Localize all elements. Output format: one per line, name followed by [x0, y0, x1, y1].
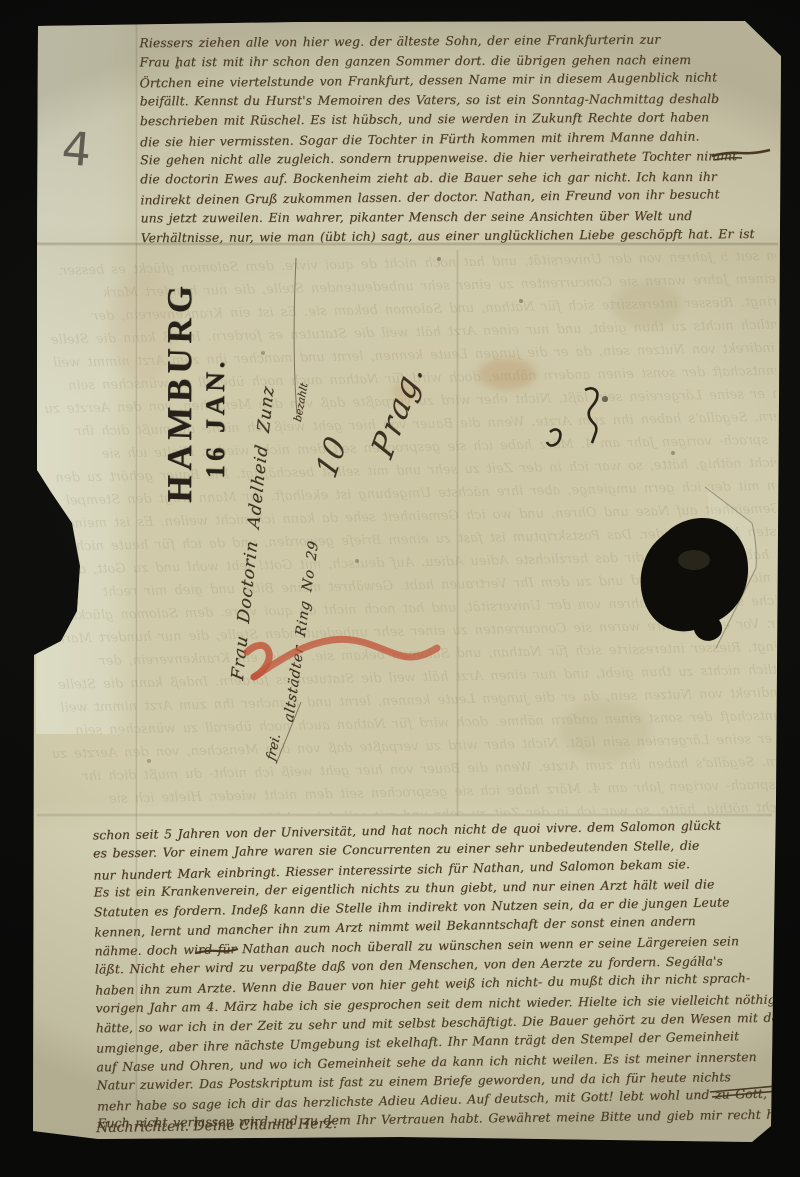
letter-sheet: schon seit 5 Jahren von der Universität,…	[0, 0, 800, 1177]
scan-background: schon seit 5 Jahren von der Universität,…	[0, 0, 800, 1177]
paper-vignette	[0, 0, 800, 1177]
ink-specks	[0, 0, 2, 2]
